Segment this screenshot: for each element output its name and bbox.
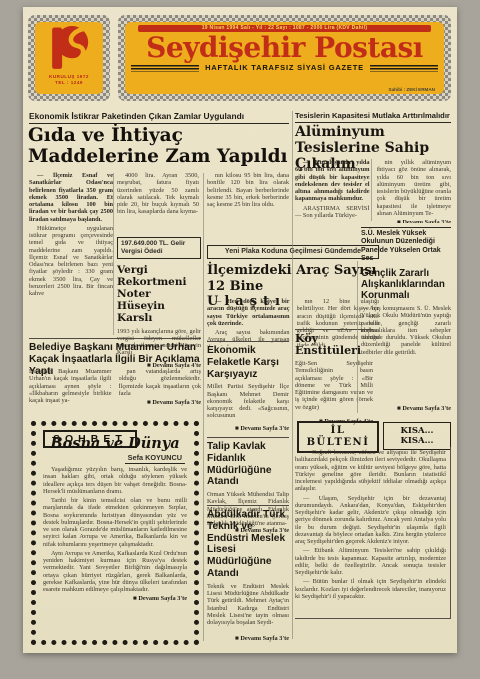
koy-body: Eğit-Sen Seydişehir Temsilciliğinin bası… (295, 360, 373, 418)
masthead-background: 19 Nisan 1994 Salı - Yıl : 22 Sayı : 108… (125, 22, 444, 94)
aluminyum-body-a: ARAŞTIRMA SERVİSİ — Son yıllarda Türkiye… (295, 205, 370, 220)
arac-lead: — Her dört kişiye bir aracın düştüğü ilç… (207, 298, 290, 327)
arac-column-a: — Her dört kişiye bir aracın düştüğü ilç… (207, 298, 290, 346)
owner-line: Sahibi : ZEKİ ERMAN (389, 87, 435, 92)
aluminyum-column-a: — Kuruluşunda yılda 60 bin ton sıvı alüm… (295, 159, 370, 223)
zam-headline: Gıda ve İhtiyaç Maddelerine Zam Yapıldı (28, 126, 296, 167)
arac-kicker-box: Yeni Plaka Koduna Geçilmesi Gündemde (207, 245, 379, 259)
aluminyum-columns: — Kuruluşunda yılda 60 bin ton sıvı alüm… (295, 159, 451, 223)
genclik-kicker: S.Ü. Meslek Yüksek Okulunun Düzenlediği … (361, 227, 451, 263)
bulten-paragraph-2: — Ulaşım, Seydişehir için bir dezavantaj… (295, 495, 446, 546)
vergi-amount-box: 197.649.000 TL. Gelir Vergisi Ödedi (117, 237, 201, 259)
il-bulteni-body: — Coğrafi konumu, nüfusu ve altyapısı il… (295, 447, 451, 619)
column-rule-3 (292, 111, 293, 639)
zam-body-1: Hükümetçe uygulanan istikrar programı çe… (29, 225, 113, 298)
logo-tel: TEL : 1249 (35, 80, 103, 86)
abdulkadir-body: Teknik ve Endüstri Meslek Lisesi Müdürlü… (207, 583, 289, 635)
vergi-headline: Vergi Rekortmeni Noter Hüseyin Karslı (117, 264, 201, 324)
belediye-continuation: ■ Devamı Sayfa 3'te (119, 399, 202, 407)
sp-monogram-icon (46, 24, 92, 74)
koy-story: Köy Enstitüleri Eğit-Sen Seydişehir Tems… (295, 329, 373, 426)
newspaper-title: Seydişehir Postası (125, 32, 444, 63)
bulten-paragraph-4: — Bütün bunlar il olmak için Seydişehir'… (295, 578, 446, 600)
aluminyum-column-b: nin yıllık alüminyum ihtiyacı göz önüne … (377, 159, 452, 223)
belediye-body-b: pan vatandaşlarda artış olduğu gözlenmek… (119, 368, 202, 397)
band-stripes-right (370, 65, 438, 72)
ekonomik-story: Ekonomik Felaketle Karşı Karşıyayız Mill… (207, 341, 289, 433)
column-rule-5 (357, 261, 358, 413)
subtitle-band: HAFTALIK TARAFSIZ SİYASİ GAZETE (131, 63, 438, 73)
column-rule-2 (203, 173, 204, 641)
genclik-body: — Açış konuşmasını S. Ü. Meslek Yüksek O… (361, 305, 451, 405)
aluminyum-body-b: nin yıllık alüminyum ihtiyacı göz önüne … (377, 159, 452, 217)
logo-background: KURULUŞ 1972 TEL : 1249 (35, 22, 103, 94)
belediye-column-a: Belediye Başkanı Muammer Urhan'ın kaçak … (29, 368, 112, 416)
aluminyum-lead: — Kuruluşunda yılda 60 bin ton sıvı alüm… (295, 159, 370, 203)
sohbet-author: Sefa KOYUNCU (43, 453, 185, 463)
ekonomik-headline: Ekonomik Felaketle Karşı Karşıyayız (207, 345, 289, 380)
masthead-box: 19 Nisan 1994 Salı - Yıl : 22 Sayı : 108… (118, 15, 451, 101)
koy-headline: Köy Enstitüleri (295, 333, 373, 357)
column-rule-4 (371, 159, 372, 221)
sohbet-box: SOHBET Bosna ve Dünya Sefa KOYUNCU Yaşad… (31, 421, 199, 645)
sohbet-paragraph-2: Tarihi bir kinin temsilcisi olan ve bunu… (43, 497, 187, 548)
column-rule-1 (113, 173, 114, 335)
aluminyum-kicker: Tesislerin Kapasitesi Mutlaka Arttırılma… (295, 111, 451, 123)
abdulkadir-story: Abdülkadir Türk Teknik ve Endüstri Mesle… (207, 505, 289, 643)
sohbet-title: Bosna ve Dünya (43, 436, 187, 452)
band-stripes-left (131, 65, 199, 72)
sohbet-paragraph-3: Aynı Avrupa ve Amerika, Kafkaslarda Kızı… (43, 550, 187, 594)
newspaper-subtitle: HAFTALIK TARAFSIZ SİYASİ GAZETE (199, 64, 370, 72)
zam-kicker: Ekonomik İstikrar Paketinden Çıkan Zamla… (29, 111, 289, 124)
zam-lead: — İlçemiz Esnaf ve Sanatkârlar Odası'nca… (29, 172, 113, 223)
belediye-column-b: pan vatandaşlarda artış olduğu gözlenmek… (119, 368, 202, 416)
zam-body-2: 4000 lira. Ayran 3500, meşrubat, fatura … (117, 172, 199, 216)
aluminyum-continuation: ■ Devamı Sayfa 3'te (377, 219, 452, 223)
kisa-kisa-header: KISA... KISA... (383, 422, 451, 450)
zam-body-3: nın kilosu 95 bin lira, dana bonfile 120… (207, 172, 289, 208)
abdulkadir-continuation: ■ Devamı Sayfa 3'te (207, 635, 289, 643)
zam-column-2: 4000 lira. Ayran 3500, meşrubat, fatura … (117, 172, 199, 234)
zam-column-1: — İlçemiz Esnaf ve Sanatkârlar Odası'nca… (29, 172, 113, 335)
genclik-headline: Gençlik Zararlı Alışkanlıklarından Korun… (361, 268, 451, 301)
genclik-continuation: ■ Devamı Sayfa 3'te (361, 405, 451, 413)
sohbet-continuation: ■ Devamı Sayfa 3'te (43, 595, 187, 603)
abdulkadir-headline: Abdülkadir Türk Teknik ve Endüstri Mesle… (207, 509, 289, 580)
newspaper-scan: { "masthead": { "founded": "KURULUŞ 1972… (0, 0, 480, 679)
talip-headline: Talip Kavlak Fidanlık Müdürlüğüne Atandı (207, 441, 289, 488)
sohbet-body: Yaşadığımız yüzyılın barış, insanlık, ka… (43, 466, 187, 624)
arac-headline-line1: İlçemizdeki Araç Sayısı 12 Bine (207, 263, 379, 294)
logo-box: KURULUŞ 1972 TEL : 1249 (28, 15, 110, 101)
bulten-paragraph-3: — Etibank Alüminyum Tesisleri'ne sahip ç… (295, 547, 446, 576)
zam-column-3: nın kilosu 95 bin lira, dana bonfile 120… (207, 172, 289, 240)
sohbet-paragraph-1: Yaşadığımız yüzyılın barış, insanlık, ka… (43, 466, 187, 495)
belediye-columns: Belediye Başkanı Muammer Urhan'ın kaçak … (29, 368, 201, 416)
newspaper-page: KURULUŞ 1972 TEL : 1249 19 Nisan 1994 Sa… (23, 7, 457, 653)
genclik-story: S.Ü. Meslek Yüksek Okulunun Düzenlediği … (361, 227, 451, 413)
bulten-paragraph-1: — Coğrafi konumu, nüfusu ve altyapısı il… (295, 449, 446, 493)
ekonomik-continuation: ■ Devamı Sayfa 3'te (207, 425, 289, 433)
ekonomik-body: Millet Partisi Seydişehir İlçe Başkanı M… (207, 383, 289, 425)
